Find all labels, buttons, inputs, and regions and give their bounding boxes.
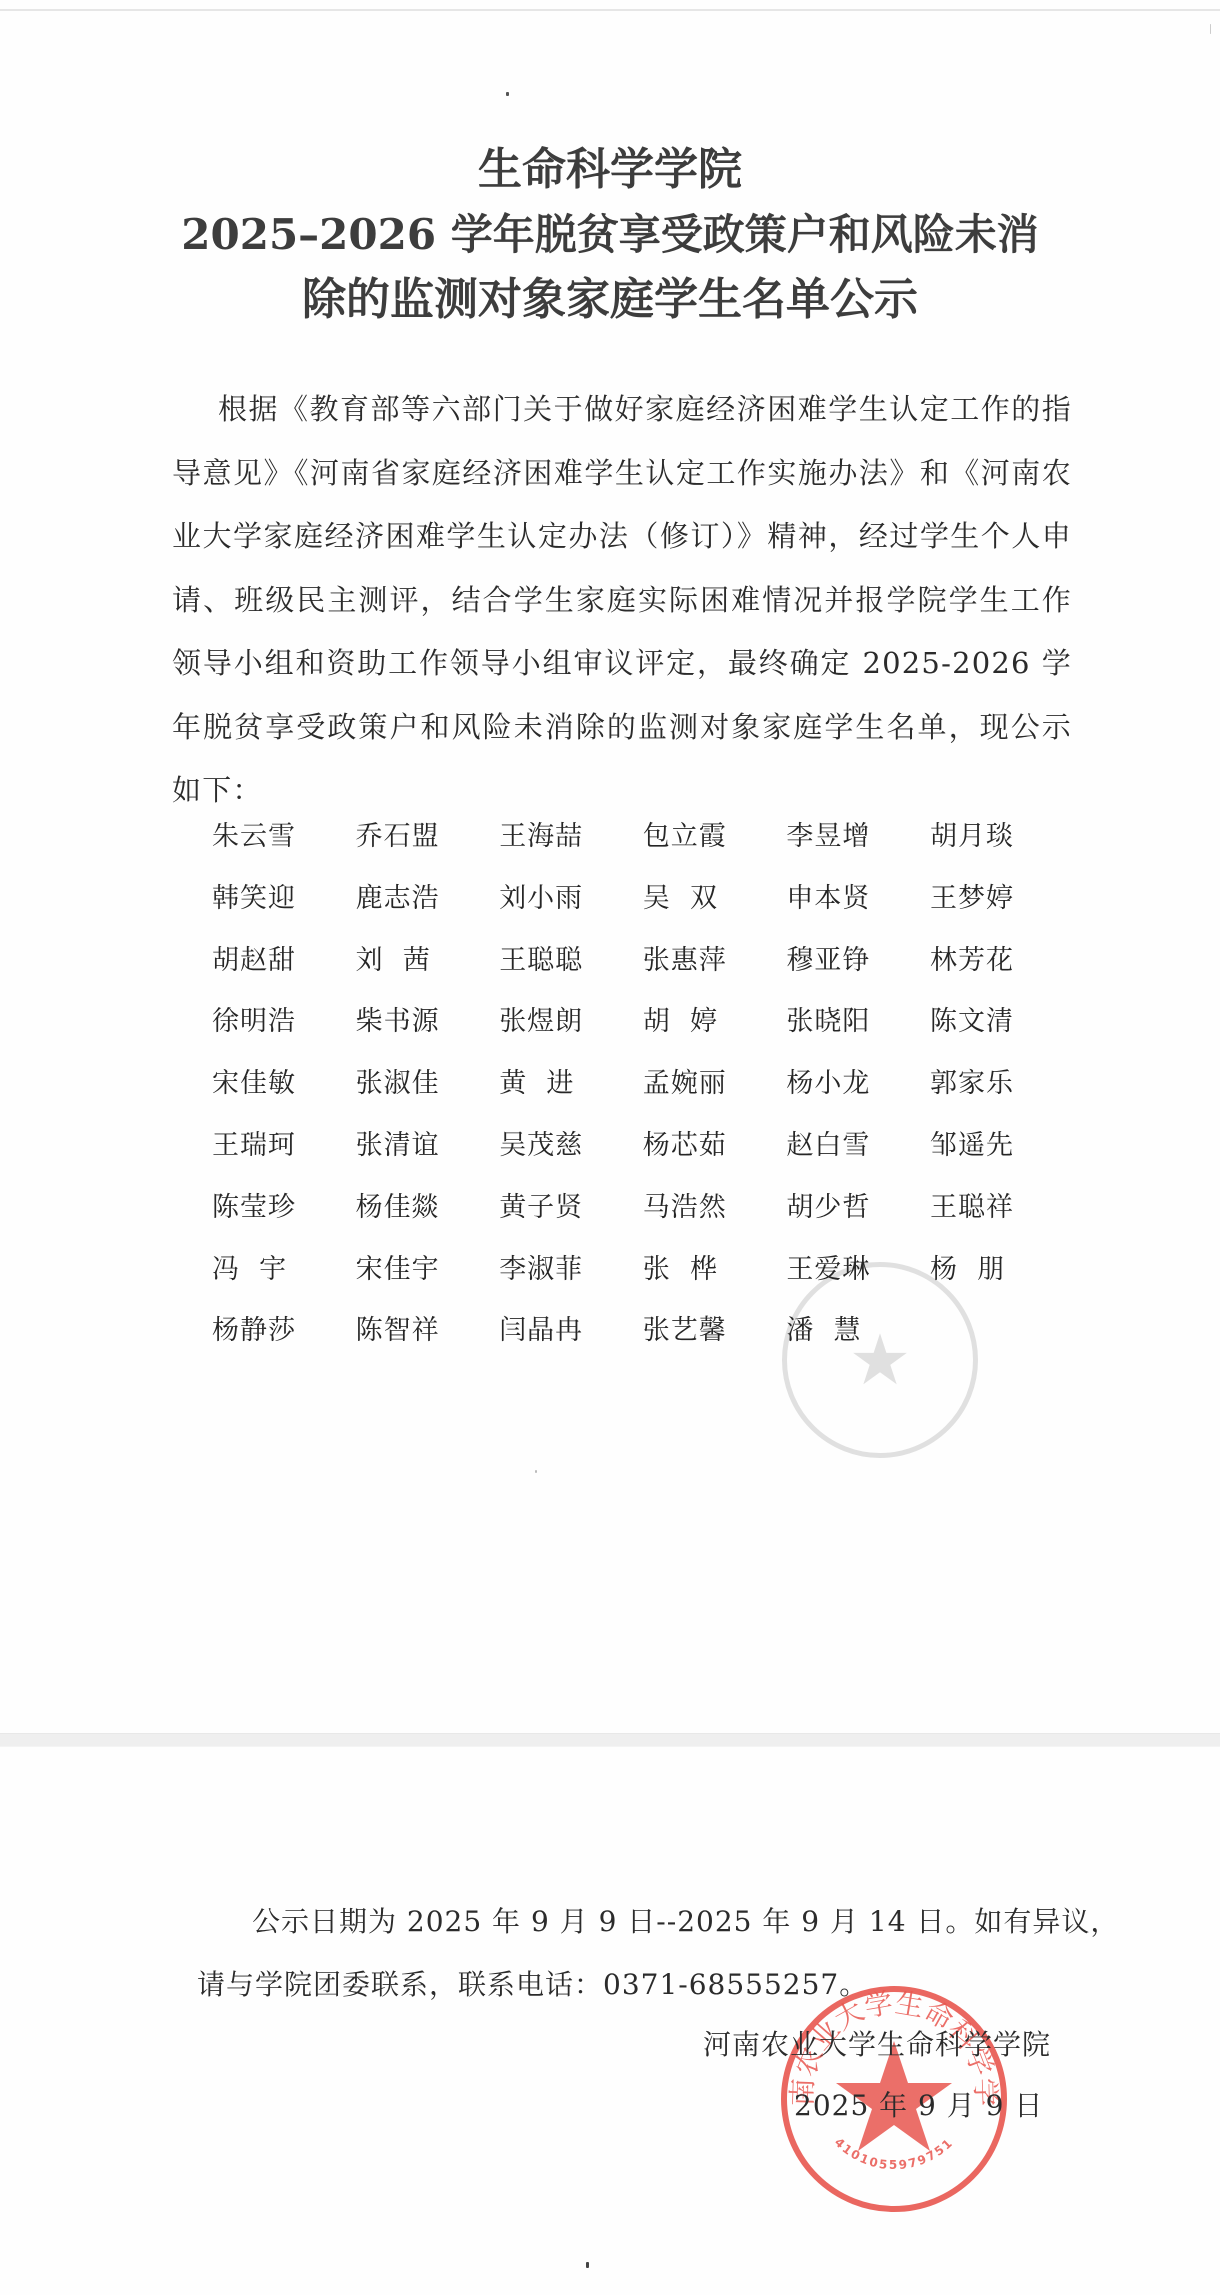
student-name: 赵白雪 bbox=[786, 1121, 930, 1183]
student-name: 张煜朗 bbox=[499, 997, 643, 1059]
student-name: 林芳花 bbox=[930, 936, 1074, 998]
student-name: 邹遥先 bbox=[930, 1121, 1074, 1183]
student-name: 穆亚铮 bbox=[786, 936, 930, 998]
student-name: 张惠萍 bbox=[643, 936, 787, 998]
student-name: 柴书源 bbox=[356, 997, 500, 1059]
student-name: 胡少哲 bbox=[786, 1183, 930, 1245]
student-name: 王海喆 bbox=[499, 812, 643, 874]
scan-speck bbox=[586, 2262, 589, 2268]
student-name: 刘小雨 bbox=[499, 874, 643, 936]
student-name: 张淑佳 bbox=[356, 1059, 500, 1121]
student-name: 刘 茜 bbox=[356, 936, 500, 998]
signature-date: 2025 年 9 月 9 日 bbox=[794, 2084, 1043, 2128]
student-name: 李淑菲 bbox=[499, 1245, 643, 1307]
student-name: 孟婉丽 bbox=[643, 1059, 787, 1121]
student-name: 包立霞 bbox=[643, 812, 787, 874]
student-name: 徐明浩 bbox=[212, 997, 356, 1059]
student-name: 王聪聪 bbox=[499, 936, 643, 998]
student-name: 申本贤 bbox=[786, 874, 930, 936]
student-name: 张清谊 bbox=[356, 1121, 500, 1183]
student-name: 闫晶冉 bbox=[499, 1306, 643, 1368]
student-name: 王爱琳 bbox=[786, 1245, 930, 1307]
student-name: 吴茂慈 bbox=[499, 1121, 643, 1183]
student-name: 胡 婷 bbox=[643, 997, 787, 1059]
student-name: 朱云雪 bbox=[212, 812, 356, 874]
student-name: 鹿志浩 bbox=[356, 874, 500, 936]
scan-speck bbox=[1210, 24, 1211, 34]
student-name: 黄子贤 bbox=[499, 1183, 643, 1245]
page-2 bbox=[0, 1747, 1220, 2295]
student-name: 胡赵甜 bbox=[212, 936, 356, 998]
student-name: 潘 慧 bbox=[786, 1306, 930, 1368]
student-name: 杨小龙 bbox=[786, 1059, 930, 1121]
page-separator bbox=[0, 1733, 1220, 1747]
student-name: 杨佳燚 bbox=[356, 1183, 500, 1245]
student-name: 黄 进 bbox=[499, 1059, 643, 1121]
student-name-grid: 朱云雪 乔石盟 王海喆 包立霞 李昱增 胡月琰 韩笑迎 鹿志浩 刘小雨 吴 双 … bbox=[212, 812, 1074, 1368]
scan-speck bbox=[535, 1470, 537, 1473]
student-name: 张 桦 bbox=[643, 1245, 787, 1307]
contact-text: 请与学院团委联系，联系电话：0371-68555257。 bbox=[197, 1963, 868, 2007]
student-name: 张艺馨 bbox=[643, 1306, 787, 1368]
intro-paragraph: 根据《教育部等六部门关于做好家庭经济困难学生认定工作的指导意见》《河南省家庭经济… bbox=[172, 378, 1072, 823]
student-name: 陈文清 bbox=[930, 997, 1074, 1059]
student-name: 陈莹珍 bbox=[212, 1183, 356, 1245]
student-name: 韩笑迎 bbox=[212, 874, 356, 936]
signature-college: 河南农业大学生命科学学院 bbox=[703, 2023, 1051, 2067]
student-name: 郭家乐 bbox=[930, 1059, 1074, 1121]
student-name: 胡月琰 bbox=[930, 812, 1074, 874]
student-name: 张晓阳 bbox=[786, 997, 930, 1059]
student-name: 杨 朋 bbox=[930, 1245, 1074, 1307]
student-name: 陈智祥 bbox=[356, 1306, 500, 1368]
student-name: 李昱增 bbox=[786, 812, 930, 874]
scan-speck bbox=[506, 92, 509, 96]
student-name: 王瑞珂 bbox=[212, 1121, 356, 1183]
title-college: 生命科学学院 bbox=[0, 140, 1220, 200]
student-name: 冯 宇 bbox=[212, 1245, 356, 1307]
student-name: 王梦婷 bbox=[930, 874, 1074, 936]
student-name: 宋佳宇 bbox=[356, 1245, 500, 1307]
top-border-line bbox=[0, 9, 1220, 11]
student-name: 宋佳敏 bbox=[212, 1059, 356, 1121]
student-name: 王聪祥 bbox=[930, 1183, 1074, 1245]
student-name: 乔石盟 bbox=[356, 812, 500, 874]
publicity-period-text: 公示日期为 2025 年 9 月 9 日--2025 年 9 月 14 日。如有… bbox=[252, 1900, 1119, 1944]
student-name: 杨静莎 bbox=[212, 1306, 356, 1368]
title-line-2: 2025–2026 学年脱贫享受政策户和风险未消 bbox=[0, 205, 1220, 265]
title-line-3: 除的监测对象家庭学生名单公示 bbox=[0, 270, 1220, 330]
student-name: 杨芯茹 bbox=[643, 1121, 787, 1183]
student-name: 吴 双 bbox=[643, 874, 787, 936]
student-name: 马浩然 bbox=[643, 1183, 787, 1245]
